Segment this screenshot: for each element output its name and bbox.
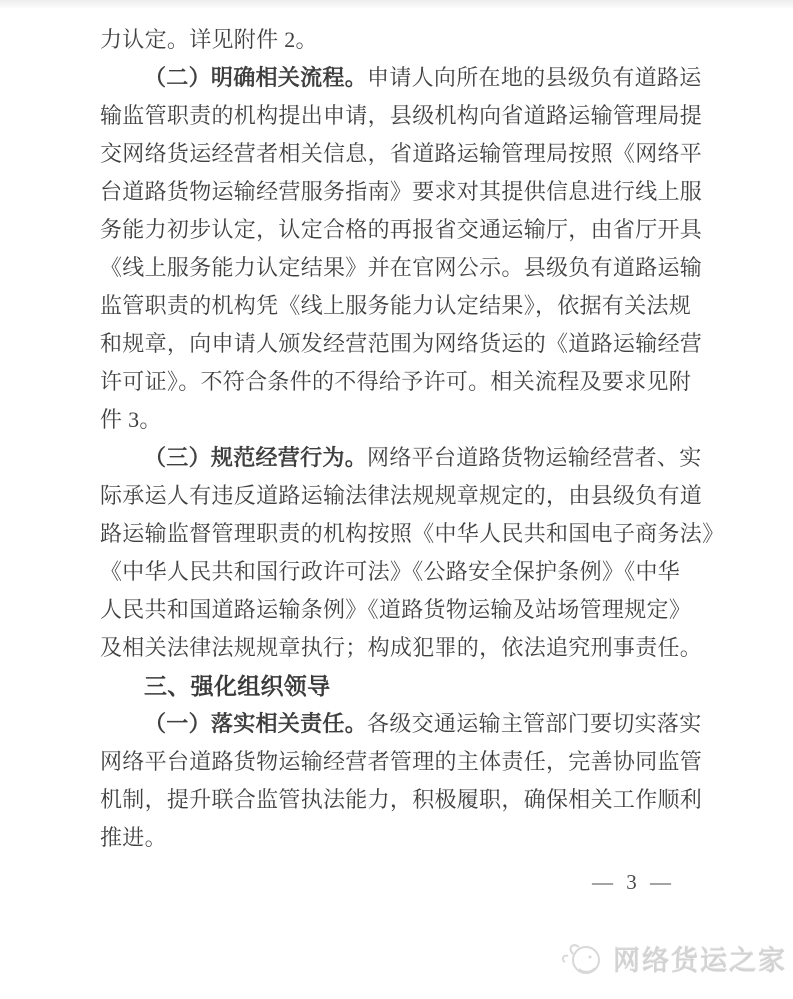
line-text: 际承运人有违反道路运输法律法规规章规定的，由县级负有道 [100, 483, 702, 508]
text-line: 际承运人有违反道路运输法律法规规章规定的，由县级负有道 [100, 477, 725, 515]
line-text: 各级交通运输主管部门要切实落实 [367, 711, 702, 736]
text-line: 及相关法律法规规章执行；构成犯罪的，依法追究刑事责任。 [100, 629, 725, 667]
line-text: 人民共和国道路运输条例》《道路货物运输及站场管理规定》 [100, 597, 691, 622]
text-line: 件 3。 [100, 401, 725, 439]
line-text: 《中华人民共和国行政许可法》《公路安全保护条例》《中华 [100, 559, 680, 584]
line-text: 机制，提升联合监管执法能力，积极履职，确保相关工作顺利 [100, 787, 702, 812]
section-heading: 三、强化组织领导 [100, 667, 725, 705]
text-line: （二）明确相关流程。申请人向所在地的县级负有道路运 [100, 59, 725, 97]
line-text: 申请人向所在地的县级负有道路运 [367, 65, 702, 90]
text-line: 输监管职责的机构提出申请，县级机构向省道路运输管理局提 [100, 97, 725, 135]
line-text: 推进。 [100, 825, 167, 850]
text-line: 《中华人民共和国行政许可法》《公路安全保护条例》《中华 [100, 553, 725, 591]
line-text: 三、强化组织领导 [144, 673, 330, 699]
document-lines: 力认定。详见附件 2。（二）明确相关流程。申请人向所在地的县级负有道路运输监管职… [100, 21, 725, 857]
line-text: 件 3。 [100, 407, 162, 432]
line-text: 力认定。详见附件 2。 [100, 27, 318, 52]
text-line: 和规章，向申请人颁发经营范围为网络货运的《道路运输经营 [100, 325, 725, 363]
text-line: 人民共和国道路运输条例》《道路货物运输及站场管理规定》 [100, 591, 725, 629]
text-line: 台道路货物运输经营服务指南》要求对其提供信息进行线上服 [100, 173, 725, 211]
text-line: 力认定。详见附件 2。 [100, 21, 725, 59]
paragraph-lead: （三）规范经营行为。 [144, 445, 367, 470]
line-text: 台道路货物运输经营服务指南》要求对其提供信息进行线上服 [100, 179, 702, 204]
scan-edge-artifact [0, 0, 793, 8]
line-text: 路运输监督管理职责的机构按照《中华人民共和国电子商务法》 [100, 521, 724, 546]
watermark-label: 网络货运之家 [613, 939, 787, 978]
line-text: 及相关法律法规规章执行；构成犯罪的，依法追究刑事责任。 [100, 635, 702, 660]
paragraph-lead: （二）明确相关流程。 [144, 65, 367, 90]
line-text: 监管职责的机构凭《线上服务能力认定结果》，依据有关法规 [100, 293, 691, 318]
text-line: 推进。 [100, 819, 725, 857]
scanned-document-page: { "colors": { "text": "#3f3f3f", "backgr… [0, 0, 793, 999]
text-line: 监管职责的机构凭《线上服务能力认定结果》，依据有关法规 [100, 287, 725, 325]
line-text: 网络平台道路货物运输经营者、实 [367, 445, 702, 470]
text-line: 交网络货运经营者相关信息，省道路运输管理局按照《网络平 [100, 135, 725, 173]
text-line: 路运输监督管理职责的机构按照《中华人民共和国电子商务法》 [100, 515, 725, 553]
line-text: 务能力初步认定，认定合格的再报省交通运输厅，由省厅开具 [100, 217, 702, 242]
text-line: （一）落实相关责任。各级交通运输主管部门要切实落实 [100, 705, 725, 743]
line-text: 交网络货运经营者相关信息，省道路运输管理局按照《网络平 [100, 141, 702, 166]
line-text: 输监管职责的机构提出申请，县级机构向省道路运输管理局提 [100, 103, 702, 128]
text-line: （三）规范经营行为。网络平台道路货物运输经营者、实 [100, 439, 725, 477]
text-line: 网络平台道路货物运输经营者管理的主体责任，完善协同监管 [100, 743, 725, 781]
line-text: 网络平台道路货物运输经营者管理的主体责任，完善协同监管 [100, 749, 702, 774]
page-number: — 3 — [592, 870, 675, 895]
text-line: 许可证》。不符合条件的不得给予许可。相关流程及要求见附 [100, 363, 725, 401]
paragraph-lead: （一）落实相关责任。 [144, 711, 367, 736]
line-text: 许可证》。不符合条件的不得给予许可。相关流程及要求见附 [100, 369, 691, 394]
text-line: 机制，提升联合监管执法能力，积极履职，确保相关工作顺利 [100, 781, 725, 819]
text-line: 务能力初步认定，认定合格的再报省交通运输厅，由省厅开具 [100, 211, 725, 249]
line-text: 和规章，向申请人颁发经营范围为网络货运的《道路运输经营 [100, 331, 702, 356]
watermark: 网络货运之家 [559, 936, 787, 980]
line-text: 《线上服务能力认定结果》并在官网公示。县级负有道路运输 [100, 255, 702, 280]
text-line: 《线上服务能力认定结果》并在官网公示。县级负有道路运输 [100, 249, 725, 287]
freight-home-logo-icon [559, 936, 607, 980]
